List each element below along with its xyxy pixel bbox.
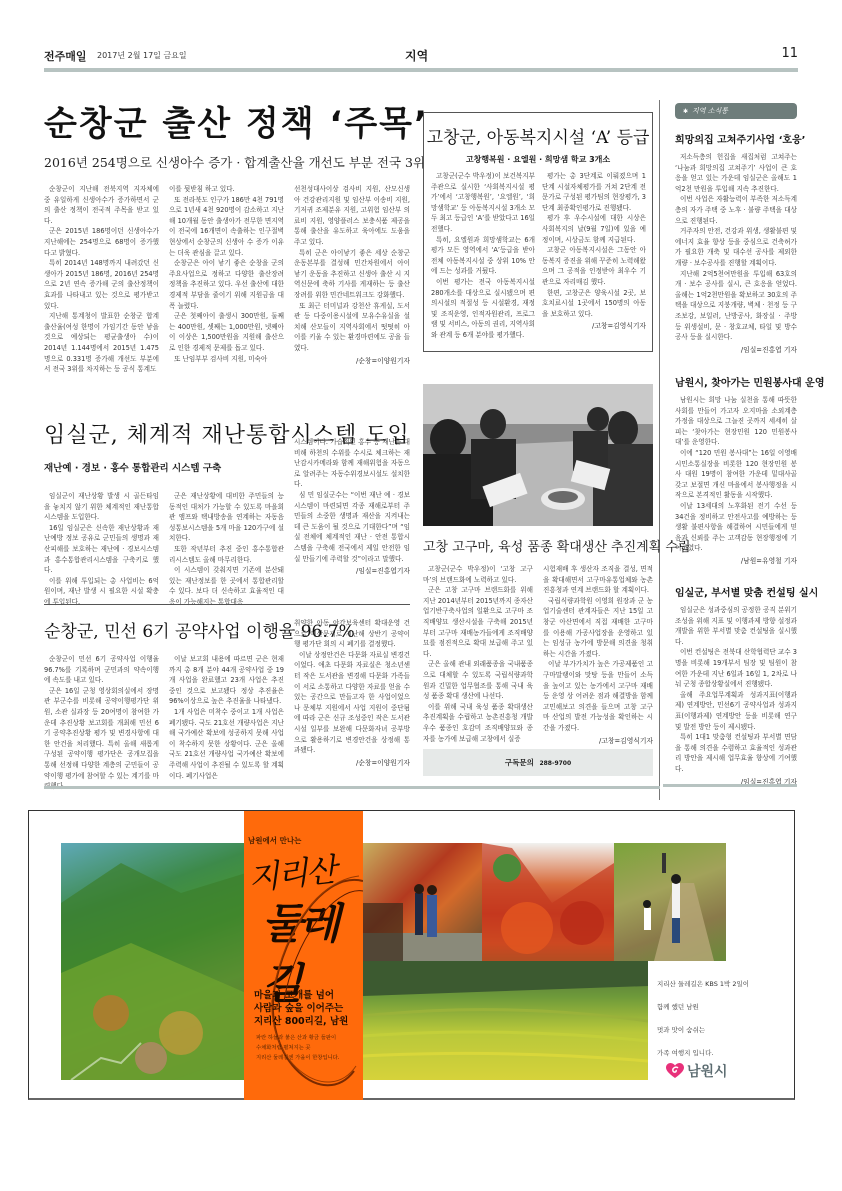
paragraph: 고창군 아동복지시설은 그동안 아동복지 증진을 위해 꾸준히 노력해왔으며 그… <box>542 245 646 287</box>
paragraph: 이번 컨설팅은 전북대 산학협력단 교수 3명을 비롯해 19개부서 팀장 및 … <box>675 647 797 689</box>
paragraph: 고창군(군수 박우정)이 ‘고창 고구마’의 브랜드화에 노력하고 있다. <box>423 564 533 585</box>
article-column: 시험재배 후 생산자 조직을 결성, 면적을 확대해면서 고구마유통업체와 농촌… <box>543 564 653 746</box>
sidebar-bottom-rule <box>663 784 797 787</box>
paragraph: 특히 군은 아이낳기 좋은 세상 순창군운동본부를 결성해 민간차원에서 아이 … <box>294 248 410 301</box>
paragraph: 이날 부가가치가 높은 가공제품인 고구마말랭이와 맛탕 등을 만들어 소득을 … <box>543 659 653 733</box>
section-divider <box>44 604 410 605</box>
rice-field-photo <box>363 961 648 1080</box>
ad-desc-line: 지리산 둘레길엔 가을이 한창입니다. <box>256 1053 340 1063</box>
sidebar-headline-2: 남원시, 찾아가는 민원봉사대 운영 <box>675 374 824 389</box>
paragraph: 군은 2015년 186명이던 신생아수가 지난해에는 254명으로 68명이 … <box>44 226 159 258</box>
paragraph: 1개 사업은 미착수 중이고 1개 사업은 폐기됐다. 국도 21호선 개량사업… <box>169 707 284 781</box>
paragraph: 또 전라북도 인구가 186만 4천 791명으로 1년새 4천 920명이 감… <box>169 195 284 259</box>
paragraph: 이날 보고회 내용에 따르면 군은 현재까지 총 8개 분야 44개 공약사업 … <box>169 654 284 707</box>
paragraph: 군은 올해 관내 외래품종을 국내품종으로 대체할 수 있도록 국립식량과학원과… <box>423 659 533 701</box>
paragraph: 16일 임실군은 신속한 재난상황과 재난예방 정보 공유로 군민들의 생명과 … <box>44 523 159 576</box>
paragraph: 올해 주요업무계획과 성과지표(이행과제) 연계방안, 민선6기 공약사업과 성… <box>675 690 797 732</box>
paragraph: 이를 위해 국내 육성 품종 확대생산 추진계획을 수립하고 농촌진흥청 개발 … <box>423 702 533 744</box>
masthead-rule <box>44 68 798 72</box>
byline: /고창=김영식기자 <box>542 321 646 332</box>
logo-text: 남원시 <box>687 1061 728 1081</box>
photo-illustration <box>423 384 653 526</box>
ad-slogan-line: 사람과 숲을 이어주는 <box>254 1002 348 1015</box>
sidebar-tag: ✱지역 소식통 <box>675 103 797 119</box>
paragraph: 이를 위해 투입되는 총 사업비는 6억원이며, 재난 발생 시 필요한 시설 … <box>44 576 159 608</box>
ad-orange-panel: 남원에서 만나는 지리산 둘레길 마을과 고개를 넘어 사람과 숲을 이어주는 … <box>244 811 363 1100</box>
issue-date: 2017년 2월 17일 금요일 <box>97 50 187 61</box>
family-hiking-photo <box>614 843 726 961</box>
forest-illustration <box>61 843 246 1080</box>
subscription-box: 구독문의 288-9700 <box>423 749 653 776</box>
paragraph: 임실군이 재난상황 발생 시 골든타임을 놓치지 않기 위한 체계적인 재난통합… <box>44 491 159 523</box>
article-column: 시스템이다. 가습적인 홍수 등 재난을 대비해 하천의 수위를 수시로 체크하… <box>294 437 410 577</box>
red-valley-photo <box>482 843 614 961</box>
paragraph: 이날 13세대의 노후화된 전기 수선 등 34건을 정비하고 안전사고를 예방… <box>675 501 797 554</box>
valley-illustration <box>482 843 614 961</box>
section-name: 지역 <box>405 47 428 64</box>
ad-side-line: 지리산 둘레길은 KBS 1박 2일이 <box>657 973 749 996</box>
paragraph: 또 최근 터미널과 강천산 휴게실, 도서관 등 다중이용시설에 모유수유실을 … <box>294 301 410 354</box>
meeting-photo <box>423 384 653 526</box>
paragraph: 특히, 요엘원과 희망샘학교는 6개 평가 모든 영역에서 ‘A’등급을 받아 … <box>431 235 535 277</box>
advertisement-namwon[interactable]: 남원에서 만나는 지리산 둘레길 마을과 고개를 넘어 사람과 숲을 이어주는 … <box>28 810 795 1100</box>
newspaper-name: 전주매일 <box>44 48 87 64</box>
paragraph: 이 시스템이 갖춰지면 기존에 분산돼 있는 재난정보를 한 곳에서 통합관리할… <box>169 565 284 607</box>
ad-side-line: 함께 했던 남원 <box>657 996 749 1019</box>
article-column: 평가는 총 3단계로 이뤄졌으며 1단계 시설자체평가를 거쳐 2단계 전문가로… <box>542 171 646 332</box>
paragraph: 평가 후 우수시설에 대한 시상은 사회복지의 날(9월 7일)에 있을 예정이… <box>542 213 646 245</box>
sidebar-headline-1: 희망의집 고쳐주기사업 ‘호응’ <box>675 131 805 146</box>
paragraph: 국립식량과학원 이영희 원장과 군 농업기술센터 관계자들은 지난 15일 고창… <box>543 596 653 660</box>
paragraph: 특히 2014년 148명까지 내려갔던 신생아가 2015년 186명, 20… <box>44 258 159 311</box>
paragraph: 군은 고창 고구마 브랜드화를 위해 지난 2014년부터 2015년까지 종자… <box>423 585 533 659</box>
paragraph: 평가는 총 3단계로 이뤄졌으며 1단계 시설자체평가를 거쳐 2단계 전문가로… <box>542 171 646 213</box>
article-column: 취약한 아동 야간보육센터 확대운영 건으로 예산문제로 지난해 상반기 공약이… <box>294 618 410 768</box>
masthead: 전주매일 2017년 2월 17일 금요일 지역 11 <box>44 48 798 68</box>
ad-slogan: 마을과 고개를 넘어 사람과 숲을 이어주는 지리산 800리길, 남원 <box>254 989 348 1028</box>
boxed-article-gochang-welfare: 고창군, 아동복지시설 ‘A’ 등급 고창행복원 · 요엘원 · 희망샘 학교 … <box>423 112 653 352</box>
paragraph: 지난해 2억5천여만원을 투입해 63호의 개 · 보수 공사를 실시, 큰 호… <box>675 269 797 343</box>
article-column: 군은 재난상황에 대비한 주민들의 능동적인 대처가 가능할 수 있도록 마을회… <box>169 491 284 608</box>
subscription-label: 구독문의 <box>505 758 534 767</box>
headline-sunchang-birth: 순창군 출산 정책 ‘주목’ <box>44 96 429 145</box>
byline: /고창=김영식기자 <box>543 736 653 747</box>
article-column: 순창군이 지난해 전북지역 지자체에 중 유일하게 신생아수가 증가하면서 군의… <box>44 184 159 375</box>
paragraph: 군은 첫째아이 출생시 300만원, 둘째는 400만원, 셋째는 1,000만… <box>169 311 284 353</box>
article-column: 고창군(군수 박우정)이 보건복지부 주관으로 실시한 ‘사회복지시설 평가’에… <box>431 171 535 341</box>
field-illustration <box>363 961 648 1080</box>
headline-gochang-welfare: 고창군, 아동복지시설 ‘A’ 등급 <box>424 123 652 148</box>
byline: /순창=이양원기자 <box>294 356 410 367</box>
couple-illustration <box>363 843 482 961</box>
ad-description: 파란 하늘과 붉은 산과 황금 들판이 수채화처럼 펼쳐지는 곳 지리산 둘레길… <box>256 1033 340 1063</box>
sidebar-headline-3: 임실군, 부서별 맞춤 컨설팅 실시 <box>675 584 818 599</box>
paragraph: 군은 16일 군청 영상회의실에서 장명관 부군수를 비롯해 공약이행평가단 위… <box>44 686 159 792</box>
paragraph: 순창군은 아이 낳기 좋은 순창을 군의 주요사업으로 정하고 다양한 출산장려… <box>169 258 284 311</box>
paragraph: 거주자의 안전, 건강과 위생, 생활불편 및 에너지 효율 향상 등을 중심으… <box>675 226 797 268</box>
article-column: 이를 뒷받침 하고 있다. 또 전라북도 인구가 186만 4천 791명으로 … <box>169 184 284 364</box>
section-divider-bottom <box>44 786 660 789</box>
headline-gochang-sweetpotato: 고창 고구마, 육성 품종 확대생산 추진계획 수립 <box>423 536 691 555</box>
ad-side-text: 지리산 둘레길은 KBS 1박 2일이 함께 했던 남원 멋과 맛이 숨쉬는 가… <box>657 973 749 1065</box>
paragraph: 시험재배 후 생산자 조직을 결성, 면적을 확대해면서 고구마유통업체와 농촌… <box>543 564 653 596</box>
paragraph: 이에 “120 민원 봉사대”는 16일 이영배 시민소통실장을 비롯한 120… <box>675 448 797 501</box>
paragraph: 특히 1대1 맞춤형 컨설팅과 부서별 면담을 통해 의견을 수렴하고 효율적인… <box>675 732 797 774</box>
heart-logo-icon <box>666 1063 684 1079</box>
byline: /순창=이양원기자 <box>294 758 410 769</box>
paragraph: 지난해 통계청이 발표한 순창군 합계출산율(여성 한명이 가임기간 동안 낳을… <box>44 311 159 375</box>
paragraph: 남원시는 희망 나눔 실천을 통해 따뜻한 사회를 만들어 가고자 오지마을 소… <box>675 395 797 448</box>
article-column: 선천성대사이상 검사비 지원, 산모신생아 건강관리지원 및 임산부 이송비 지… <box>294 184 410 366</box>
subheadline-gochang-welfare: 고창행복원 · 요엘원 · 희망샘 학교 3개소 <box>424 154 652 165</box>
paragraph: 고창군(군수 박우정)이 보건복지부 주관으로 실시한 ‘사회복지시설 평가’에… <box>431 171 535 235</box>
ad-desc-line: 파란 하늘과 붉은 산과 황금 들판이 <box>256 1033 340 1043</box>
paragraph: 선천성대사이상 검사비 지원, 산모신생아 건강관리지원 및 임산부 이송비 지… <box>294 184 410 248</box>
sidebar-article-1: 저소득층의 헌집을 새집처럼 고쳐주는 ‘나눔과 희망의집 고쳐주기’ 사업이 … <box>675 152 797 355</box>
byline: /임실=진홍엽 기자 <box>675 345 797 356</box>
paragraph: 시스템이다. 가습적인 홍수 등 재난을 대비해 하천의 수위를 수시로 체크하… <box>294 437 410 490</box>
ad-desc-line: 수채화처럼 펼쳐지는 곳 <box>256 1043 340 1053</box>
page-number: 11 <box>781 46 798 61</box>
article-column: 임실군이 재난상황 발생 시 골든타임을 놓치지 않기 위한 체계적인 재난통합… <box>44 491 159 608</box>
sidebar-article-2: 남원시는 희망 나눔 실천을 통해 따뜻한 사회를 만들어 가고자 오지마을 소… <box>675 395 797 567</box>
paragraph: 이를 뒷받침 하고 있다. <box>169 184 284 195</box>
byline: /임실=진홍엽기자 <box>294 566 410 577</box>
paragraph: 한편, 고창군은 양육시설 2곳, 보호치료시설 1곳에서 150명의 아동을 … <box>542 288 646 320</box>
paragraph: 또한 작년부터 추진 중인 홍수통합관리시스템도 올해 마무리한다. <box>169 544 284 565</box>
paragraph: 심 민 임실군수는 “이번 재난 예 · 경보시스템이 마련되면 각종 재해로부… <box>294 490 410 564</box>
byline: /남원=유영철 기자 <box>675 556 797 567</box>
article-column: 고창군(군수 박우정)이 ‘고창 고구마’의 브랜드화에 노력하고 있다. 군은… <box>423 564 533 744</box>
paragraph: 순창군이 민선 6기 공약사업 이행율 96.7%를 기록하며 군민과의 약속이… <box>44 654 159 686</box>
ad-slogan-line: 마을과 고개를 넘어 <box>254 989 348 1002</box>
autumn-couple-photo <box>363 843 482 961</box>
paragraph: 순창군이 지난해 전북지역 지자체에 중 유일하게 신생아수가 증가하면서 군의… <box>44 184 159 226</box>
asterisk-icon: ✱ <box>683 108 688 115</box>
article-column: 순창군이 민선 6기 공약사업 이행율 96.7%를 기록하며 군민과의 약속이… <box>44 654 159 792</box>
paragraph: 이날 상정안건은 다문화 자료실 변경건 이었다. 애초 다문화 자료실은 청소… <box>294 650 410 756</box>
mountain-forest-photo <box>61 843 246 1080</box>
paragraph: 군은 재난상황에 대비한 주민들의 능동적인 대처가 가능할 수 있도록 마을회… <box>169 491 284 544</box>
paragraph: 이번 사업은 자활능력이 부족한 저소득계층의 자가 주택 중 노후 · 불량 … <box>675 194 797 226</box>
subscription-phone: 288-9700 <box>539 760 571 767</box>
sidebar-tag-label: 지역 소식통 <box>692 107 728 115</box>
paragraph: 취약한 아동 야간보육센터 확대운영 건으로 예산문제로 지난해 상반기 공약이… <box>294 618 410 650</box>
namwon-logo[interactable]: 남원시 <box>666 1061 728 1081</box>
hikers-illustration <box>614 843 726 961</box>
paragraph: 이번 평가는 전국 아동복지시설 280개소를 대상으로 실시됐으며 편의시설의… <box>431 277 535 341</box>
article-column: 이날 보고회 내용에 따르면 군은 현재까지 총 8개 분야 44개 공약사업 … <box>169 654 284 781</box>
paragraph: 저소득층의 헌집을 새집처럼 고쳐주는 ‘나눔과 희망의집 고쳐주기’ 사업이 … <box>675 152 797 194</box>
sidebar-article-3: 임실군은 성과중심의 공정한 공직 분위기 조성을 위해 지표 및 이행과제 방… <box>675 605 797 787</box>
subheadline-sunchang-birth: 2016년 254명으로 신생아수 증가 · 합계출산율 개선도 부분 전국 3… <box>44 153 425 171</box>
sidebar-divider <box>659 100 660 800</box>
paragraph: 임실군은 성과중심의 공정한 공직 분위기 조성을 위해 지표 및 이행과제 방… <box>675 605 797 647</box>
ad-slogan-line: 지리산 800리길, 남원 <box>254 1015 348 1028</box>
paragraph: 또 난임부부 검사비 지원, 미숙아 <box>169 354 284 365</box>
ad-side-line: 멋과 맛이 숨쉬는 <box>657 1019 749 1042</box>
subheadline-imsil-disaster: 재난예 · 경보 · 홍수 통합관리 시스템 구축 <box>44 460 221 474</box>
